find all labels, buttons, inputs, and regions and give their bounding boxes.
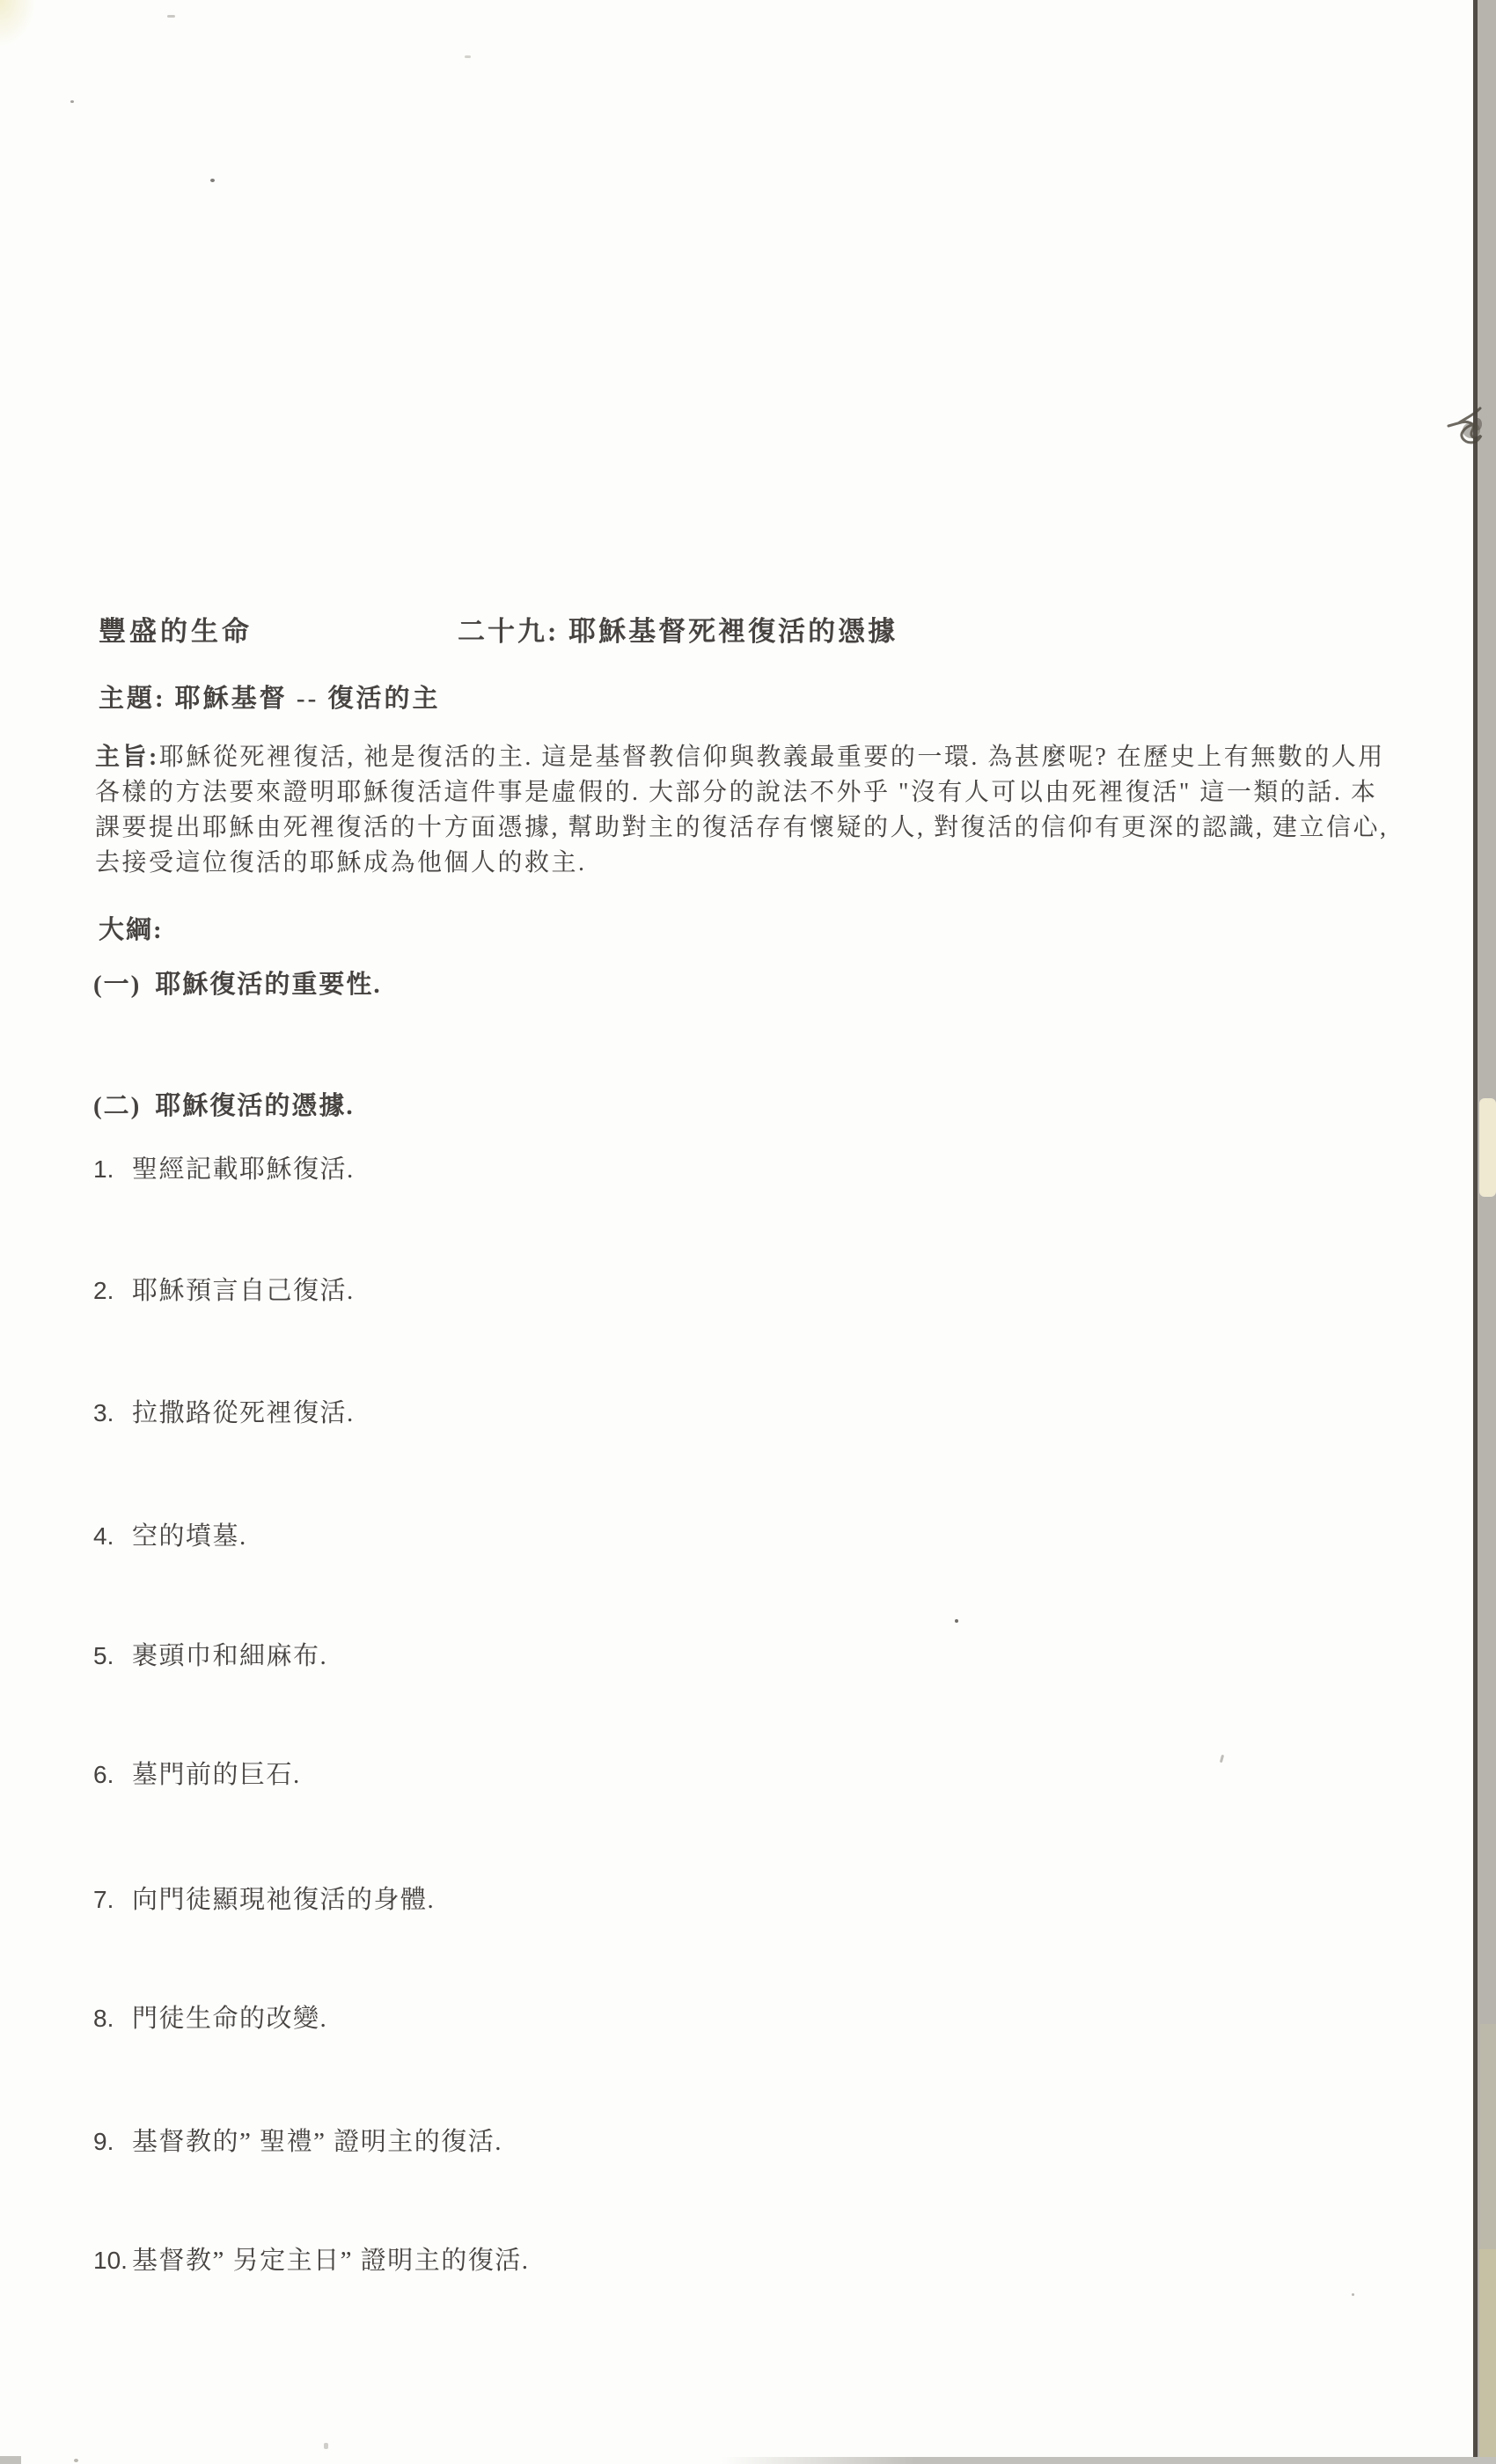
item-10-number: 10. bbox=[93, 2245, 132, 2277]
scan-speck bbox=[955, 1619, 958, 1623]
bottom-scan-strip bbox=[722, 2457, 1496, 2464]
item-9-number: 9. bbox=[93, 2126, 132, 2158]
outline-item-7: 7.向門徒顯現祂復活的身體. bbox=[93, 1884, 435, 1916]
outline-item-6: 6.墓門前的巨石. bbox=[93, 1759, 301, 1791]
item-5-number: 5. bbox=[93, 1640, 132, 1672]
purpose-paragraph: 主旨:耶穌從死裡復活, 祂是復活的主. 這是基督教信仰與教義最重要的一環. 為甚… bbox=[95, 740, 1415, 881]
scan-speck bbox=[1352, 2293, 1354, 2296]
item-5-text: 裹頭巾和細麻布. bbox=[132, 1642, 327, 1670]
outline-item-10: 10.基督教” 另定主日” 證明主的復活. bbox=[93, 2245, 530, 2277]
item-6-number: 6. bbox=[93, 1759, 132, 1791]
section-1-number: (一) bbox=[93, 969, 141, 1001]
scan-smudge bbox=[1443, 405, 1485, 452]
item-2-number: 2. bbox=[93, 1275, 132, 1307]
item-1-number: 1. bbox=[93, 1154, 132, 1185]
item-4-number: 4. bbox=[93, 1521, 132, 1552]
outline-item-8: 8.門徒生命的改變. bbox=[93, 2003, 327, 2035]
scan-speck bbox=[167, 15, 175, 18]
topic-label: 主題: bbox=[99, 685, 166, 713]
series-title: 豐盛的生命 bbox=[99, 615, 253, 649]
item-10-text: 基督教” 另定主日” 證明主的復活. bbox=[132, 2247, 530, 2275]
scan-speck bbox=[324, 2443, 328, 2449]
scan-speck bbox=[70, 100, 74, 103]
item-4-text: 空的墳墓. bbox=[132, 1522, 247, 1551]
purpose-line-4: 去接受這位復活的耶穌成為他個人的救主. bbox=[95, 846, 1415, 881]
scanned-document-page: 豐盛的生命 二十九: 耶穌基督死裡復活的憑據 主題:耶穌基督 -- 復活的主 主… bbox=[0, 0, 1496, 2464]
item-8-number: 8. bbox=[93, 2003, 132, 2035]
purpose-line-3: 課要提出耶穌由死裡復活的十方面憑據, 幫助對主的復活存有懷疑的人, 對復活的信仰… bbox=[95, 810, 1415, 846]
item-6-text: 墓門前的巨石. bbox=[132, 1761, 301, 1789]
topic-text: 耶穌基督 -- 復活的主 bbox=[175, 685, 441, 713]
top-left-cream-patch bbox=[0, 0, 35, 46]
topic-line: 主題:耶穌基督 -- 復活的主 bbox=[99, 683, 441, 715]
edge-strip-cream-patch bbox=[1479, 1098, 1496, 1197]
outline-label: 大綱: bbox=[99, 914, 164, 946]
document-header: 豐盛的生命 二十九: 耶穌基督死裡復活的憑據 bbox=[0, 615, 1496, 650]
purpose-line-1: 主旨:耶穌從死裡復活, 祂是復活的主. 這是基督教信仰與教義最重要的一環. 為甚… bbox=[95, 740, 1415, 775]
scan-speck bbox=[465, 55, 471, 58]
item-8-text: 門徒生命的改變. bbox=[132, 2005, 327, 2033]
item-3-number: 3. bbox=[93, 1397, 132, 1429]
edge-strip-olive-patch bbox=[1479, 2249, 1496, 2464]
outline-item-4: 4.空的墳墓. bbox=[93, 1521, 247, 1552]
section-2-title: 耶穌復活的憑據. bbox=[155, 1092, 354, 1120]
item-2-text: 耶穌預言自己復活. bbox=[132, 1277, 355, 1305]
lesson-title: 二十九: 耶穌基督死裡復活的憑據 bbox=[458, 615, 898, 649]
outline-item-5: 5.裹頭巾和細麻布. bbox=[93, 1640, 327, 1672]
section-2: (二)耶穌復活的憑據. bbox=[93, 1090, 355, 1122]
item-9-text: 基督教的” 聖禮” 證明主的復活. bbox=[132, 2128, 502, 2156]
edge-strip-olive-fade bbox=[1480, 2024, 1496, 2253]
outline-item-1: 1.聖經記載耶穌復活. bbox=[93, 1154, 355, 1185]
outline-item-9: 9.基督教的” 聖禮” 證明主的復活. bbox=[93, 2126, 502, 2158]
outline-item-2: 2.耶穌預言自己復活. bbox=[93, 1275, 355, 1307]
section-1-title: 耶穌復活的重要性. bbox=[155, 971, 381, 999]
section-2-number: (二) bbox=[93, 1090, 141, 1122]
item-7-text: 向門徒顯現祂復活的身體. bbox=[132, 1886, 435, 1914]
outline-item-3: 3.拉撒路從死裡復活. bbox=[93, 1397, 355, 1429]
scan-speck bbox=[74, 2459, 78, 2462]
section-1: (一)耶穌復活的重要性. bbox=[93, 969, 382, 1001]
purpose-line-2: 各樣的方法要來證明耶穌復活這件事是虛假的. 大部分的說法不外乎 "沒有人可以由死… bbox=[95, 775, 1415, 810]
item-7-number: 7. bbox=[93, 1884, 132, 1916]
page-edge-line bbox=[1473, 0, 1478, 2464]
item-1-text: 聖經記載耶穌復活. bbox=[132, 1155, 355, 1184]
bottom-left-scan-patch bbox=[0, 2456, 21, 2464]
item-3-text: 拉撒路從死裡復活. bbox=[132, 1399, 355, 1427]
scan-speck bbox=[210, 179, 215, 182]
purpose-label: 主旨: bbox=[95, 744, 159, 771]
purpose-line-1-text: 耶穌從死裡復活, 祂是復活的主. 這是基督教信仰與教義最重要的一環. 為甚麼呢?… bbox=[159, 744, 1385, 771]
scan-speck bbox=[1220, 1755, 1224, 1763]
